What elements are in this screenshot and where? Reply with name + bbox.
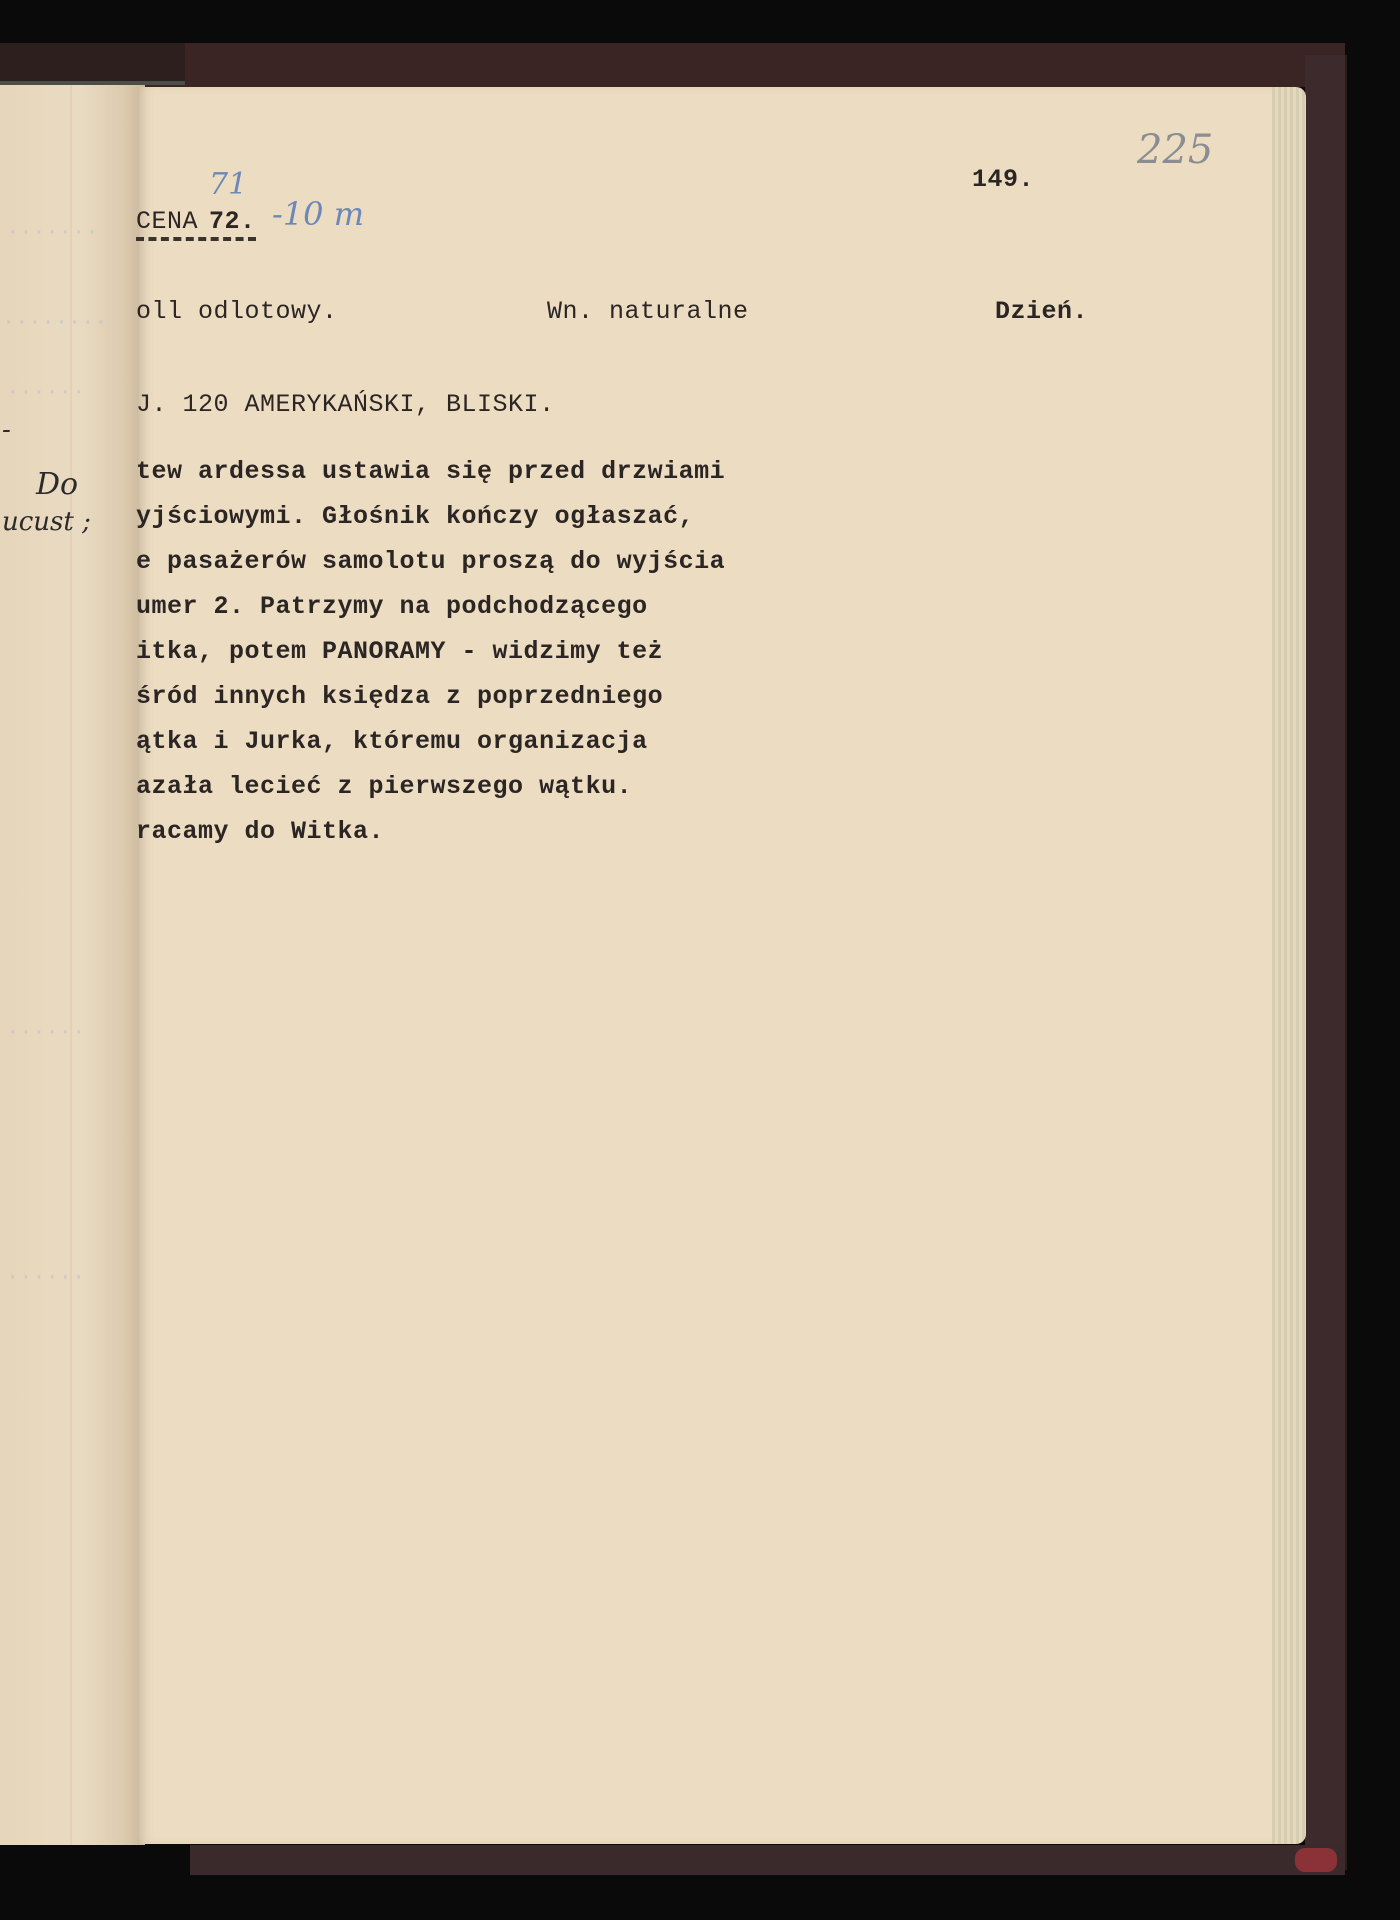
body-line: e pasażerów samolotu proszą do wyjścia <box>136 547 725 576</box>
bleed-through-text: ······ <box>6 1265 85 1290</box>
book-cover-right-edge <box>1305 55 1347 1870</box>
scene-underline <box>136 237 256 241</box>
body-line: umer 2. Patrzymy na podchodzącego <box>136 592 648 621</box>
location-place: oll odlotowy. <box>136 297 338 326</box>
scene-label: CENA <box>136 207 198 236</box>
duration-annotation: -10 m <box>272 195 364 233</box>
typescript-page: 225 149. CENA 72. 71 -10 m oll odlotowy.… <box>137 87 1272 1844</box>
book-cover-top-left-edge <box>0 43 185 85</box>
location-setting: Wn. naturalne <box>547 297 749 326</box>
margin-note-do: Do <box>36 467 78 502</box>
bleed-through-text: ········ <box>2 310 108 335</box>
bleed-through-text: ······· <box>6 220 98 245</box>
body-line: itka, potem PANORAMY - widzimy też <box>136 637 663 666</box>
margin-note-word: ucust ; <box>2 507 91 537</box>
scene-number-correction: 71 <box>209 167 247 202</box>
bleed-through-text: ······ <box>6 1020 85 1045</box>
book-cover-bottom-edge <box>190 1845 1345 1875</box>
shot-description: J. 120 AMERYKAŃSKI, BLISKI. <box>136 390 555 419</box>
location-time: Dzień. <box>995 297 1088 326</box>
body-line: racamy do Witka. <box>136 817 384 846</box>
body-line: yjściowymi. Głośnik kończy ogłaszać, <box>136 502 694 531</box>
book-cover-top-edge <box>0 43 1345 87</box>
margin-note-dash: - <box>2 415 11 445</box>
body-line: tew ardessa ustawia się przed drzwiami <box>136 457 725 486</box>
bleed-through-text: ······ <box>6 380 85 405</box>
body-line: śród innych księdza z poprzedniego <box>136 682 663 711</box>
body-line: ątka i Jurka, któremu organizacja <box>136 727 648 756</box>
cover-corner-wear <box>1295 1848 1337 1872</box>
scene-number: 72. <box>209 207 256 236</box>
page-crease <box>70 85 72 1845</box>
page-stack-edge <box>1272 87 1306 1844</box>
archive-page-number: 225 <box>1137 127 1213 173</box>
body-line: azała lecieć z pierwszego wątku. <box>136 772 632 801</box>
previous-page-sliver: ······· ········ ······ ······ ······ - … <box>0 85 145 1845</box>
typed-page-number: 149. <box>972 165 1034 194</box>
